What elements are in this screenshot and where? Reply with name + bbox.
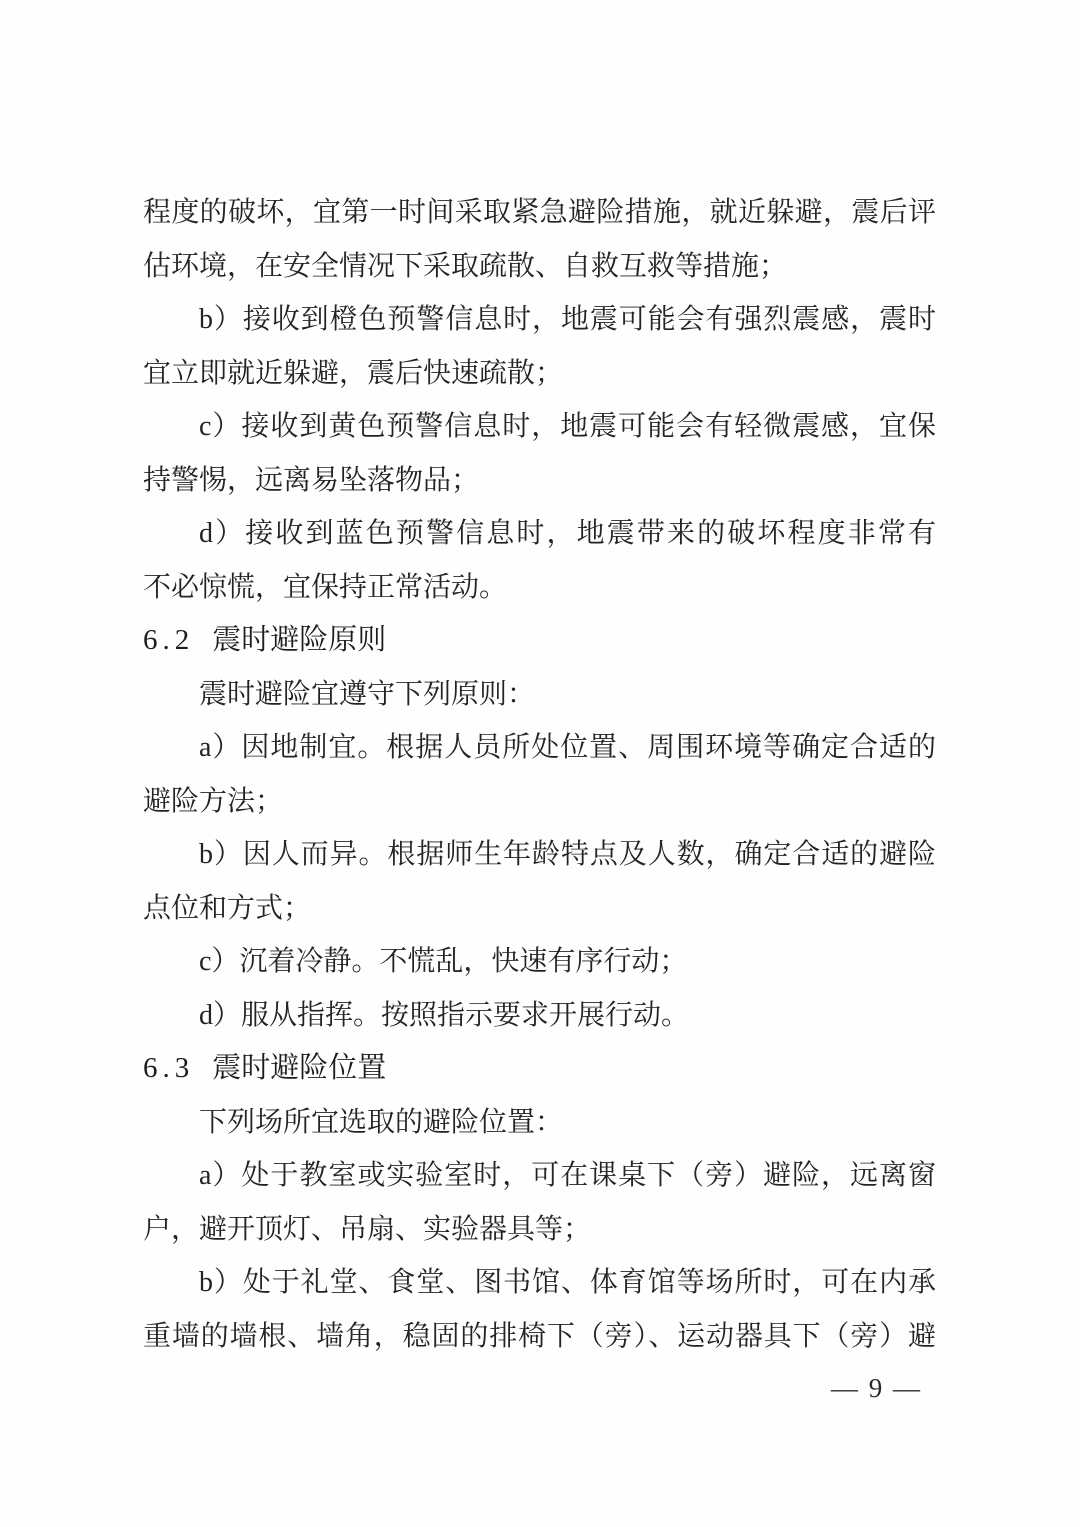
body-text-line: 程度的破坏，宜第一时间采取紧急避险措施，就近躲避，震后评 [143, 186, 936, 240]
section-heading-6-3: 6.3震时避险位置 [143, 1042, 936, 1096]
body-text-line: 下列场所宜选取的避险位置： [143, 1096, 936, 1150]
document-page: 程度的破坏，宜第一时间采取紧急避险措施，就近躲避，震后评估环境，在安全情况下采取… [0, 0, 1080, 1527]
body-text-line: 震时避险宜遵守下列原则： [143, 668, 936, 722]
body-text-line: b）接收到橙色预警信息时，地震可能会有强烈震感，震时 [143, 293, 936, 347]
section-number: 6.3 [143, 1042, 194, 1096]
body-text-line: d）接收到蓝色预警信息时，地震带来的破坏程度非常有限， [143, 507, 936, 561]
section-title: 震时避险位置 [212, 1052, 386, 1084]
section-heading-6-2: 6.2震时避险原则 [143, 614, 936, 668]
section-title: 震时避险原则 [212, 624, 386, 656]
body-text-line: b）处于礼堂、食堂、图书馆、体育馆等场所时，可在内承 [143, 1256, 936, 1310]
body-text-line: 重墙的墙根、墙角，稳固的排椅下（旁）、运动器具下（旁）避 [143, 1310, 936, 1364]
body-text-line: 点位和方式； [143, 882, 936, 936]
body-text-line: c）沉着冷静。不慌乱，快速有序行动； [143, 935, 936, 989]
body-text-line: a）因地制宜。根据人员所处位置、周围环境等确定合适的 [143, 721, 936, 775]
body-text-line: 持警惕，远离易坠落物品； [143, 454, 936, 508]
page-number: — 9 — [831, 1373, 922, 1403]
body-text-line: 不必惊慌，宜保持正常活动。 [143, 561, 936, 615]
body-text-line: 避险方法； [143, 775, 936, 829]
body-text-line: 宜立即就近躲避，震后快速疏散； [143, 347, 936, 401]
body-text-line: d）服从指挥。按照指示要求开展行动。 [143, 989, 936, 1043]
body-text-line: c）接收到黄色预警信息时，地震可能会有轻微震感，宜保 [143, 400, 936, 454]
body-text-line: 户，避开顶灯、吊扇、实验器具等； [143, 1203, 936, 1257]
body-text-line: b）因人而异。根据师生年龄特点及人数，确定合适的避险 [143, 828, 936, 882]
body-text-line: a）处于教室或实验室时，可在课桌下（旁）避险，远离窗 [143, 1149, 936, 1203]
document-body: 程度的破坏，宜第一时间采取紧急避险措施，就近躲避，震后评估环境，在安全情况下采取… [143, 186, 936, 1363]
page-footer: — 9 — [831, 1362, 922, 1415]
body-text-line: 估环境，在安全情况下采取疏散、自救互救等措施； [143, 240, 936, 294]
section-number: 6.2 [143, 614, 194, 668]
